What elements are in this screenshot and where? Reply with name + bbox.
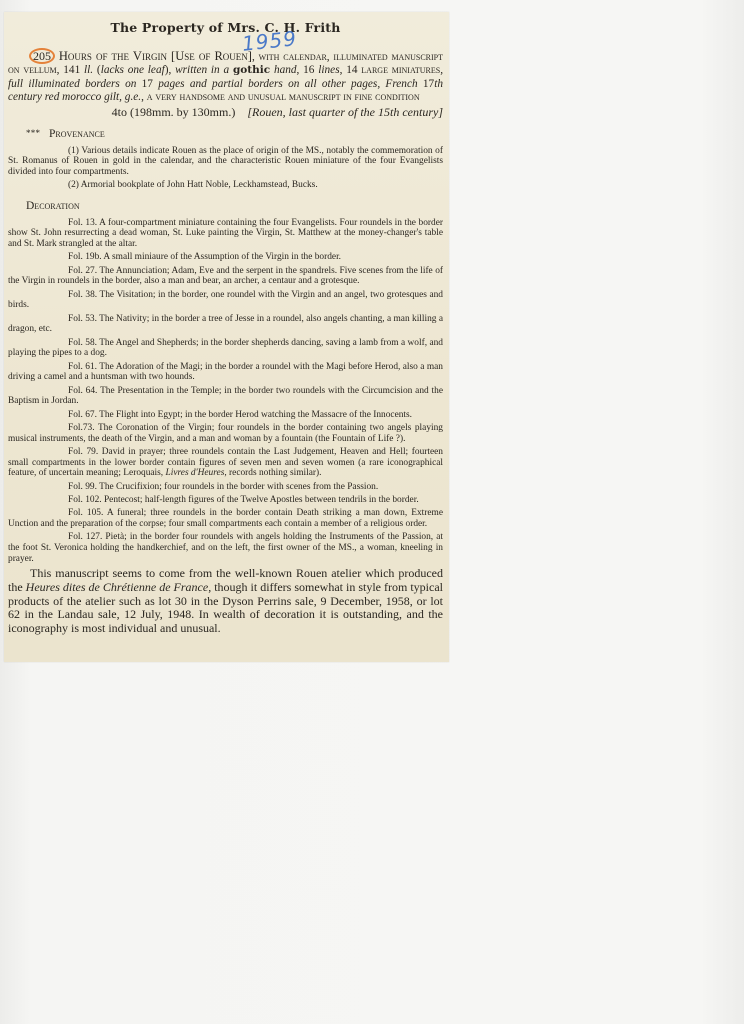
provenance-heading: * * *Provenance	[26, 128, 443, 140]
decoration-item: Fol. 99. The Crucifixion; four roundels …	[8, 482, 443, 493]
decoration-heading: Decoration	[26, 200, 443, 212]
decoration-item: Fol. 61. The Adoration of the Magi; in t…	[8, 362, 443, 383]
decoration-item-fol-79: Fol. 79. David in prayer; three roundels…	[8, 447, 443, 479]
decoration-item: Fol. 58. The Angel and Shepherds; in the…	[8, 338, 443, 359]
decoration-item: Fol. 19b. A small miniaure of the Assump…	[8, 252, 443, 263]
decoration-item: Fol.73. The Coronation of the Virgin; fo…	[8, 423, 443, 444]
decoration-item: Fol. 27. The Annunciation; Adam, Eve and…	[8, 266, 443, 287]
origin-date: [Rouen, last quarter of the 15th century…	[247, 105, 443, 119]
asterism-icon: * * *	[26, 128, 39, 138]
format-size: 4to (198mm. by 130mm.)	[112, 105, 236, 119]
size-and-date: 4to (198mm. by 130mm.) [Rouen, last quar…	[8, 105, 443, 119]
decoration-item: Fol. 13. A four-compartment miniature co…	[8, 218, 443, 250]
lot-number: 205	[29, 48, 55, 64]
decoration-item: Fol. 38. The Visitation; in the border, …	[8, 290, 443, 311]
provenance-item: (2) Armorial bookplate of John Hatt Nobl…	[8, 180, 443, 191]
provenance-item: (1) Various details indicate Rouen as th…	[8, 146, 443, 178]
decoration-item: Fol. 53. The Nativity; in the border a t…	[8, 314, 443, 335]
catalogue-clipping: The Property of Mrs. C. H. Frith 1959 20…	[4, 12, 449, 662]
decoration-item: Fol. 102. Pentecost; half-length figures…	[8, 495, 443, 506]
decoration-item: Fol. 64. The Presentation in the Temple;…	[8, 386, 443, 407]
closing-paragraph: This manuscript seems to come from the w…	[8, 567, 443, 636]
decoration-item: Fol. 105. A funeral; three roundels in t…	[8, 508, 443, 529]
decoration-item: Fol. 67. The Flight into Egypt; in the b…	[8, 410, 443, 421]
lot-description: 205 Hours of the Virgin [Use of Rouen], …	[8, 48, 443, 105]
property-heading: The Property of Mrs. C. H. Frith	[8, 20, 443, 35]
decoration-item: Fol. 127. Pietà; in the border four roun…	[8, 532, 443, 564]
